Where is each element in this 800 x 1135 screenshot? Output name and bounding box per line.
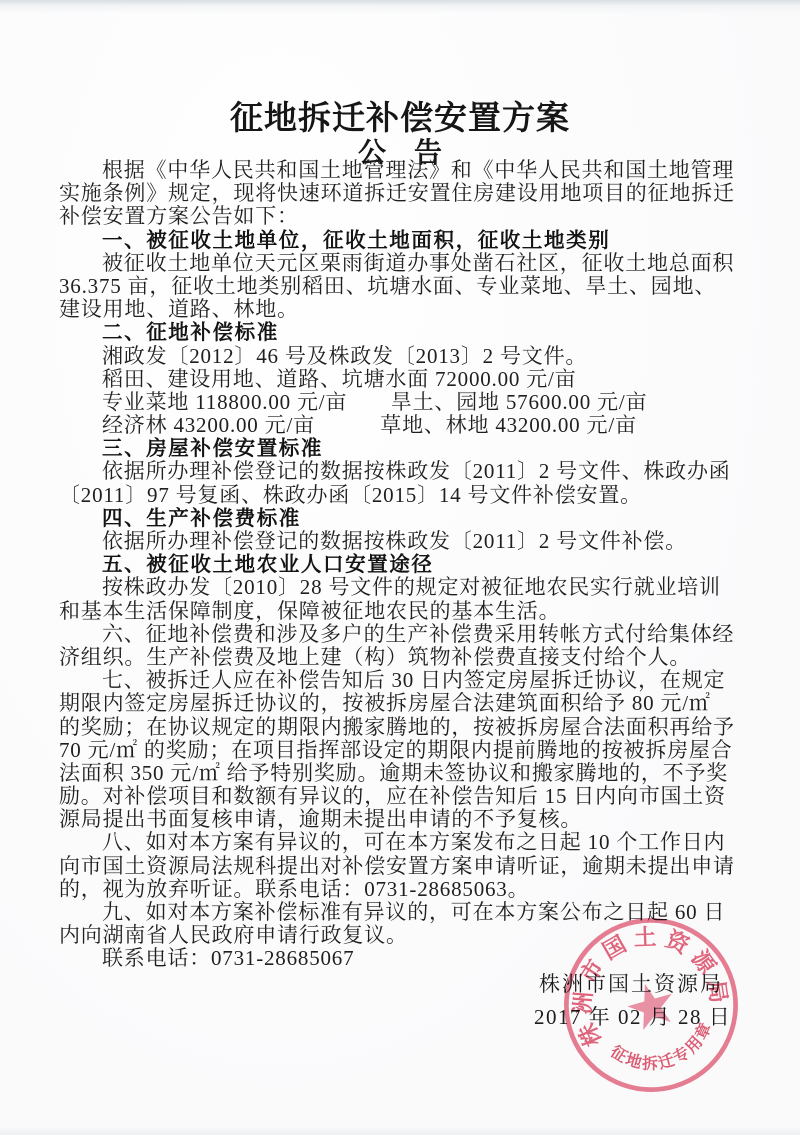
signature-date: 2017 年 02 月 28 日 <box>534 1001 731 1031</box>
document-line: 向市国土资源局法规科提出对补偿安置方案申请听证，逾期未提出申请 <box>59 855 749 878</box>
document-line: 三、房屋补偿安置标准 <box>59 437 749 460</box>
document-line: 补偿安置方案公告如下： <box>59 205 749 228</box>
document-line: 内向湖南省人民政府申请行政复议。 <box>59 924 749 947</box>
document-line: 九、如对本方案补偿标准有异议的，可在本方案公布之日起 60 日 <box>59 901 749 924</box>
scan-edge-top <box>0 0 800 14</box>
document-line: 八、如对本方案有异议的，可在本方案发布之日起 10 个工作日内 <box>59 831 749 854</box>
document-line: 稻田、建设用地、道路、坑塘水面 72000.00 元/亩 <box>59 368 749 391</box>
document-line: 一、被征收土地单位，征收土地面积，征收土地类别 <box>59 229 749 252</box>
document-line: 济组织。生产补偿费及地上建（构）筑物补偿费直接支付给个人。 <box>59 646 749 669</box>
document-line: 专业菜地 118800.00 元/亩 旱土、园地 57600.00 元/亩 <box>59 391 749 414</box>
document-line: 六、征地补偿费和涉及多户的生产补偿费采用转帐方式付给集体经 <box>59 623 749 646</box>
document-line: 〔2011〕97 号复函、株政办函〔2015〕14 号文件补偿安置。 <box>59 484 749 507</box>
document-line: 70 元/㎡ 的奖励；在项目指挥部设定的期限内提前腾地的按被拆房屋合 <box>59 739 749 762</box>
document-line: 湘政发〔2012〕46 号及株政发〔2013〕2 号文件。 <box>59 345 749 368</box>
document-line: 法面积 350 元/㎡ 给予特别奖励。逾期未签协议和搬家腾地的，不予奖 <box>59 762 749 785</box>
document-line: 按株政办发〔2010〕28 号文件的规定对被征地农民实行就业培训 <box>59 576 749 599</box>
document-line: 励。对补偿项目和数额有异议的，应在补偿告知后 15 日内向市国土资 <box>59 785 749 808</box>
document-line: 36.375 亩，征收土地类别稻田、坑塘水面、专业菜地、旱土、园地、 <box>59 275 749 298</box>
document-line: 建设用地、道路、林地。 <box>59 298 749 321</box>
document-line: 依据所办理补偿登记的数据按株政发〔2011〕2 号文件、株政办函 <box>59 460 749 483</box>
document-line: 根据《中华人民共和国土地管理法》和《中华人民共和国土地管理 <box>59 159 749 182</box>
document-line: 源局提出书面复核申请，逾期未提出申请的不予复核。 <box>59 808 749 831</box>
document-line: 被征收土地单位天元区栗雨街道办事处凿石社区，征收土地总面积 <box>59 252 749 275</box>
document-line: 的，视为放弃听证。联系电话：0731-28685063。 <box>59 878 749 901</box>
scan-edge-bottom <box>0 1127 800 1135</box>
document-line: 依据所办理补偿登记的数据按株政发〔2011〕2 号文件补偿。 <box>59 530 749 553</box>
document-line: 和基本生活保障制度，保障被征地农民的基本生活。 <box>59 600 749 623</box>
document-line: 四、生产补偿费标准 <box>59 507 749 530</box>
document-line: 七、被拆迁人应在补偿告知后 30 日内签定房屋拆迁协议，在规定 <box>59 669 749 692</box>
document-line: 实施条例》规定，现将快速环道拆迁安置住房建设用地项目的征地拆迁 <box>59 182 749 205</box>
document-line: 经济林 43200.00 元/亩 草地、林地 43200.00 元/亩 <box>59 414 749 437</box>
document-body: 根据《中华人民共和国土地管理法》和《中华人民共和国土地管理实施条例》规定，现将快… <box>59 159 749 971</box>
signature-agency: 株洲市国土资源局 <box>539 968 723 998</box>
document-line: 期限内签定房屋拆迁协议的，按被拆房屋合法建筑面积给予 80 元/㎡ <box>59 692 749 715</box>
document-line: 五、被征收土地农业人口安置途径 <box>59 553 749 576</box>
document-line: 二、征地补偿标准 <box>59 321 749 344</box>
scanned-document-page: { "document": { "title": "征地拆迁补偿安置方案", "… <box>0 0 800 1135</box>
document-line: 的奖励；在协议规定的期限内搬家腾地的，按被拆房屋合法面积再给予 <box>59 716 749 739</box>
